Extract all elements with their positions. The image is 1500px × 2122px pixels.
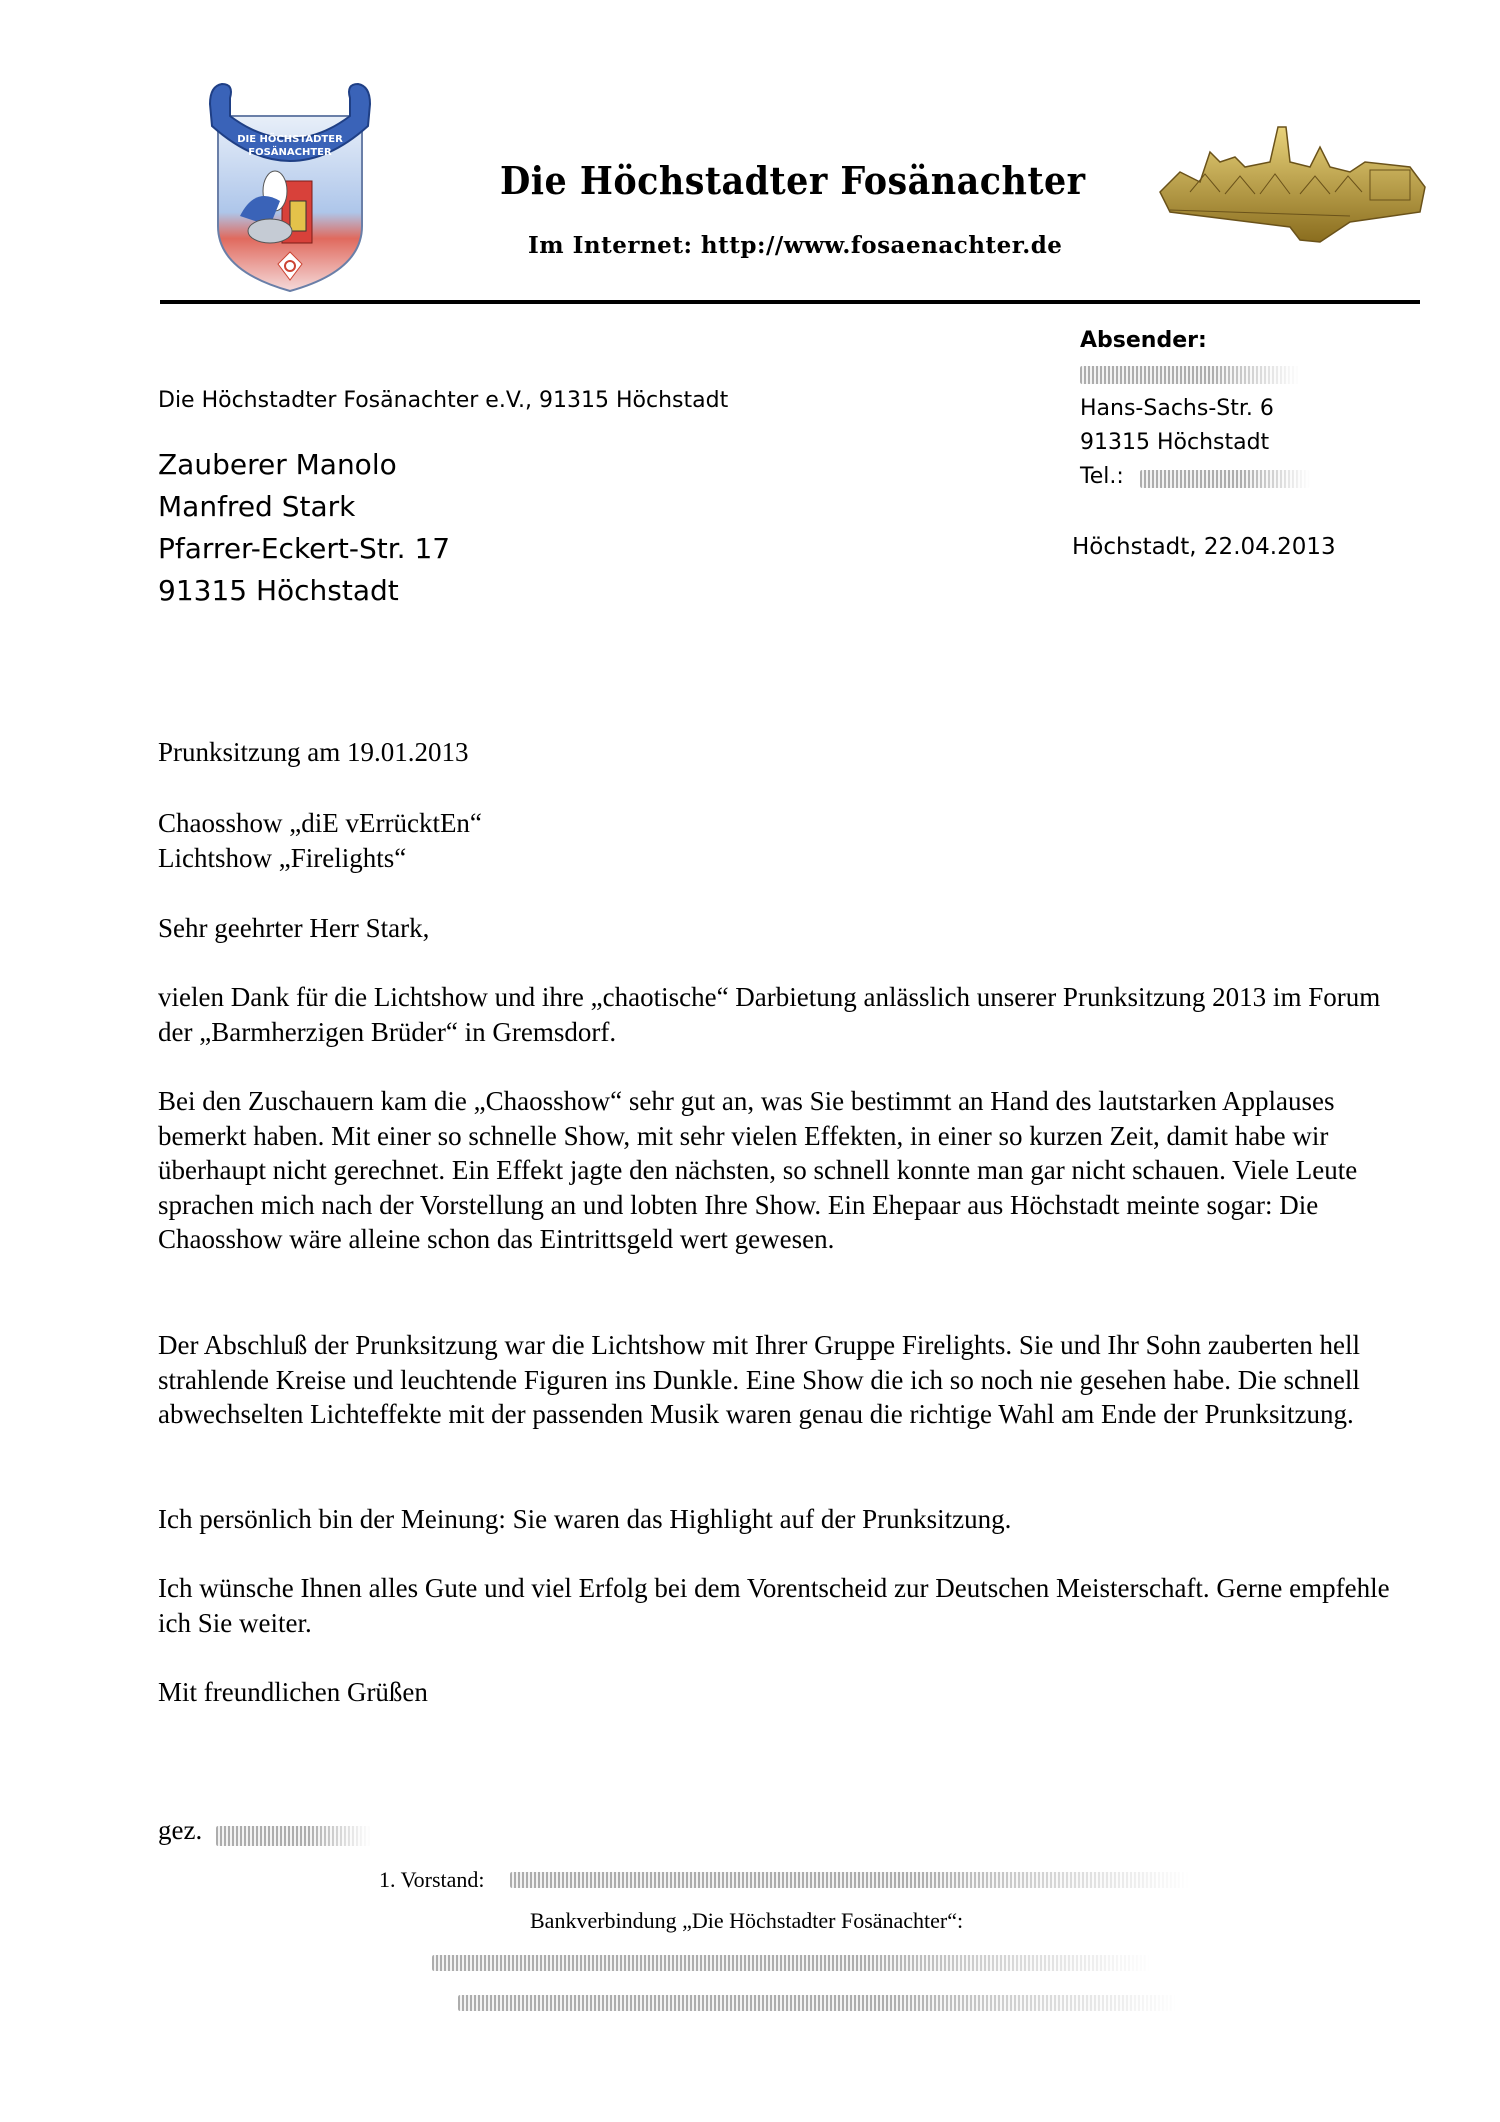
salutation: Sehr geehrter Herr Stark, xyxy=(158,911,1418,946)
club-crest-logo: DIE HÖCHSTADTER FOSÄNACHTER xyxy=(200,76,380,296)
recipient-address: Zauberer Manolo Manfred Stark Pfarrer-Ec… xyxy=(158,444,450,612)
redacted-sender-name xyxy=(1080,366,1300,384)
redacted-bank-line xyxy=(432,1955,1152,1971)
body-paragraph: Ich persönlich bin der Meinung: Sie ware… xyxy=(158,1502,1418,1537)
redacted-sender-tel xyxy=(1140,470,1310,488)
body-paragraph: Ich wünsche Ihnen alles Gute und viel Er… xyxy=(158,1571,1418,1640)
header-divider xyxy=(160,300,1420,304)
website-line: Im Internet: http://www.fosaenachter.de xyxy=(528,232,1062,259)
recipient-line: Pfarrer-Eckert-Str. 17 xyxy=(158,528,450,570)
return-address-line: Die Höchstadter Fosänachter e.V., 91315 … xyxy=(158,388,728,413)
subject-show-line: Lichtshow „Firelights“ xyxy=(158,841,1418,876)
letter-date: Höchstadt, 22.04.2013 xyxy=(1072,534,1336,560)
crest-banner-text-2: FOSÄNACHTER xyxy=(248,144,332,158)
subject-date: Prunksitzung am 19.01.2013 xyxy=(158,735,1418,770)
redacted-signature-name xyxy=(216,1826,371,1846)
body-paragraph: Der Abschluß der Prunksitzung war die Li… xyxy=(158,1328,1418,1432)
bank-details-label: Bankverbindung „Die Höchstadter Fosänach… xyxy=(530,1908,963,1934)
organization-title: Die Höchstadter Fosänachter xyxy=(500,158,1086,203)
recipient-line: 91315 Höchstadt xyxy=(158,570,450,612)
sender-tel-label: Tel.: xyxy=(1080,464,1124,489)
signature-prefix: gez. xyxy=(158,1815,202,1846)
chairman-label: 1. Vorstand: xyxy=(379,1867,485,1893)
redacted-bank-line xyxy=(458,1995,1178,2011)
sender-street: Hans-Sachs-Str. 6 xyxy=(1080,396,1274,421)
town-emblem-image xyxy=(1150,112,1440,272)
subject-shows: Chaosshow „diE vErrücktEn“ Lichtshow „Fi… xyxy=(158,806,1418,875)
sender-city: 91315 Höchstadt xyxy=(1080,430,1269,455)
subject-show-line: Chaosshow „diE vErrücktEn“ xyxy=(158,806,1418,841)
redacted-chairman-name xyxy=(510,1872,1190,1888)
body-paragraph: Bei den Zuschauern kam die „Chaosshow“ s… xyxy=(158,1084,1418,1257)
recipient-line: Zauberer Manolo xyxy=(158,444,450,486)
crest-banner-text-1: DIE HÖCHSTADTER xyxy=(237,131,343,145)
body-paragraph: vielen Dank für die Lichtshow und ihre „… xyxy=(158,980,1418,1049)
closing-phrase: Mit freundlichen Grüßen xyxy=(158,1675,1418,1710)
sender-heading: Absender: xyxy=(1080,328,1207,353)
recipient-line: Manfred Stark xyxy=(158,486,450,528)
